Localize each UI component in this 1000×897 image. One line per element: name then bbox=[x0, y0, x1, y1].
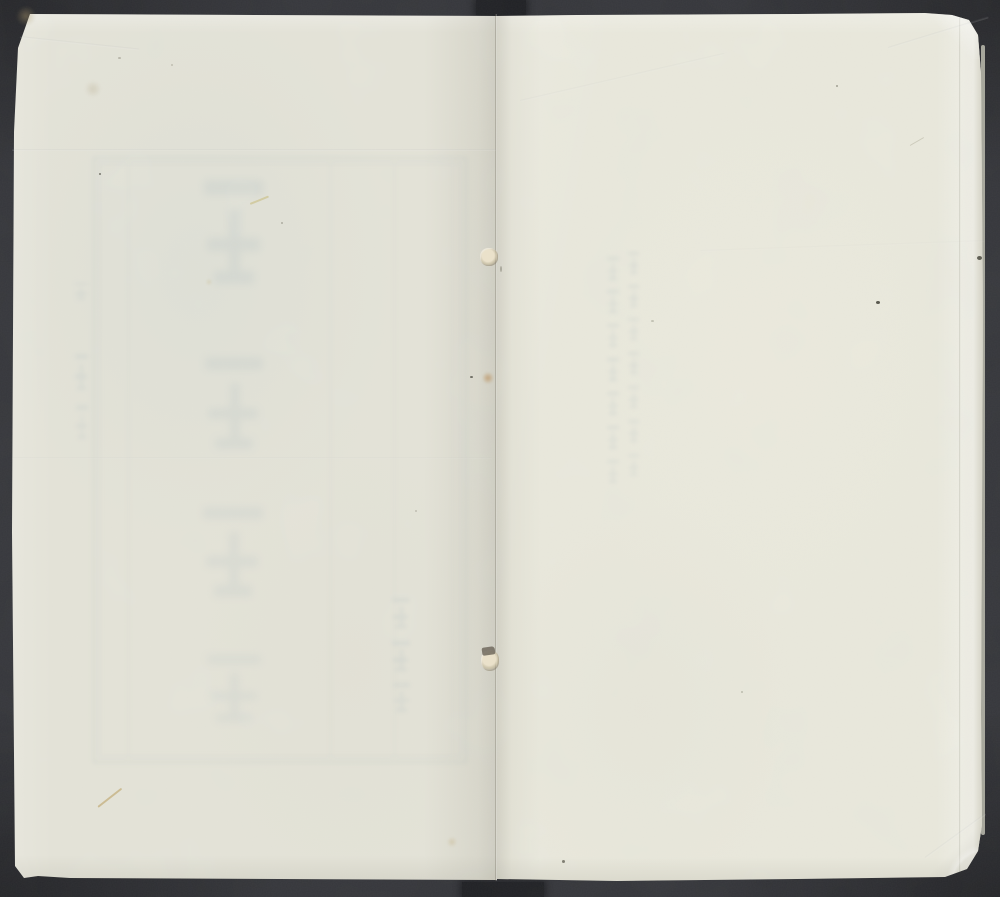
right-page-fore-edge-fold bbox=[959, 13, 985, 883]
book-spine-top bbox=[476, 0, 526, 15]
dog-eared-corner bbox=[921, 13, 985, 59]
right-page bbox=[497, 13, 985, 883]
left-page bbox=[10, 12, 497, 883]
book-spine-bottom bbox=[462, 882, 544, 897]
folded-bottom-right-corner bbox=[913, 811, 985, 883]
photo-scene bbox=[0, 0, 1000, 897]
